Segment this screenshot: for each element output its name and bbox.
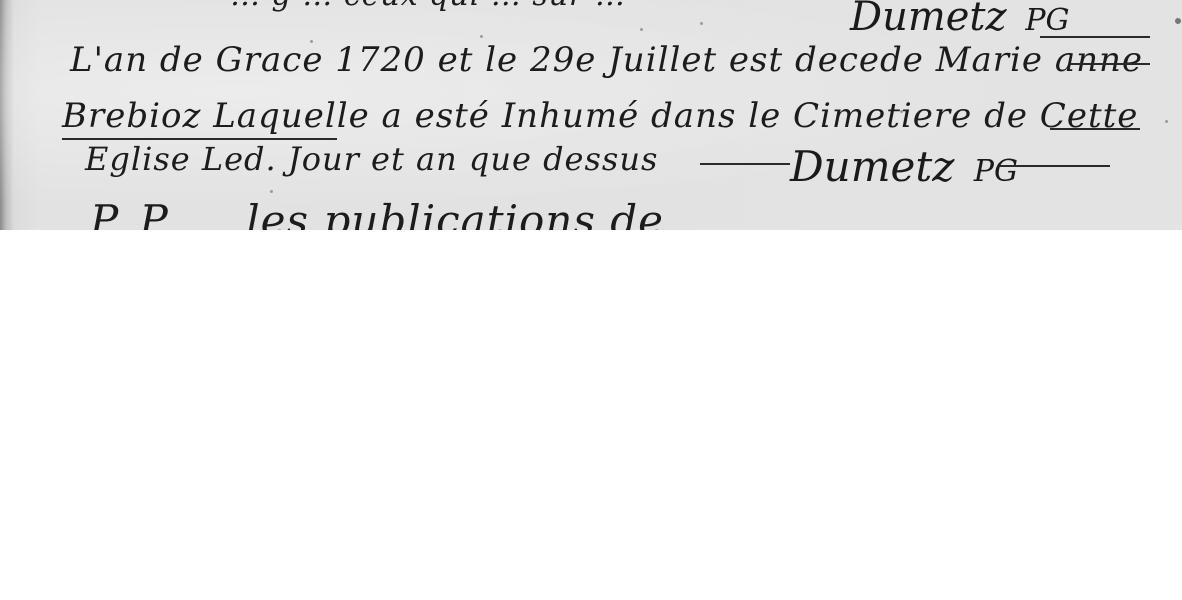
blank-area	[0, 230, 1182, 600]
flourish-rule	[1000, 165, 1110, 167]
document-scan: … g … ceux qui … sur … L'an de Grace 172…	[0, 0, 1182, 230]
flourish-rule	[700, 163, 790, 165]
text-line-3: Eglise Led. Jour et an que dessus	[85, 140, 658, 178]
signature-2-mark: PG	[974, 154, 1018, 189]
signature-1-mark: PG	[1025, 3, 1069, 38]
text-line-2: Brebioz Laquelle a esté Inhumé dans le C…	[62, 96, 1138, 136]
flourish-rule	[1050, 128, 1140, 130]
flourish-rule	[1040, 36, 1150, 38]
signature-2-name: Dumetz	[790, 142, 954, 191]
signature-1-name: Dumetz	[850, 0, 1007, 40]
signature-2: Dumetz PG	[790, 142, 1018, 191]
text-line-1: L'an de Grace 1720 et le 29e Juillet est…	[70, 40, 1143, 80]
signature-1: Dumetz PG	[850, 0, 1069, 40]
text-line-0: … g … ceux qui … sur …	[230, 0, 626, 13]
flourish-rule	[1070, 63, 1150, 65]
text-line-4: P. P. … les publications de	[90, 196, 664, 230]
